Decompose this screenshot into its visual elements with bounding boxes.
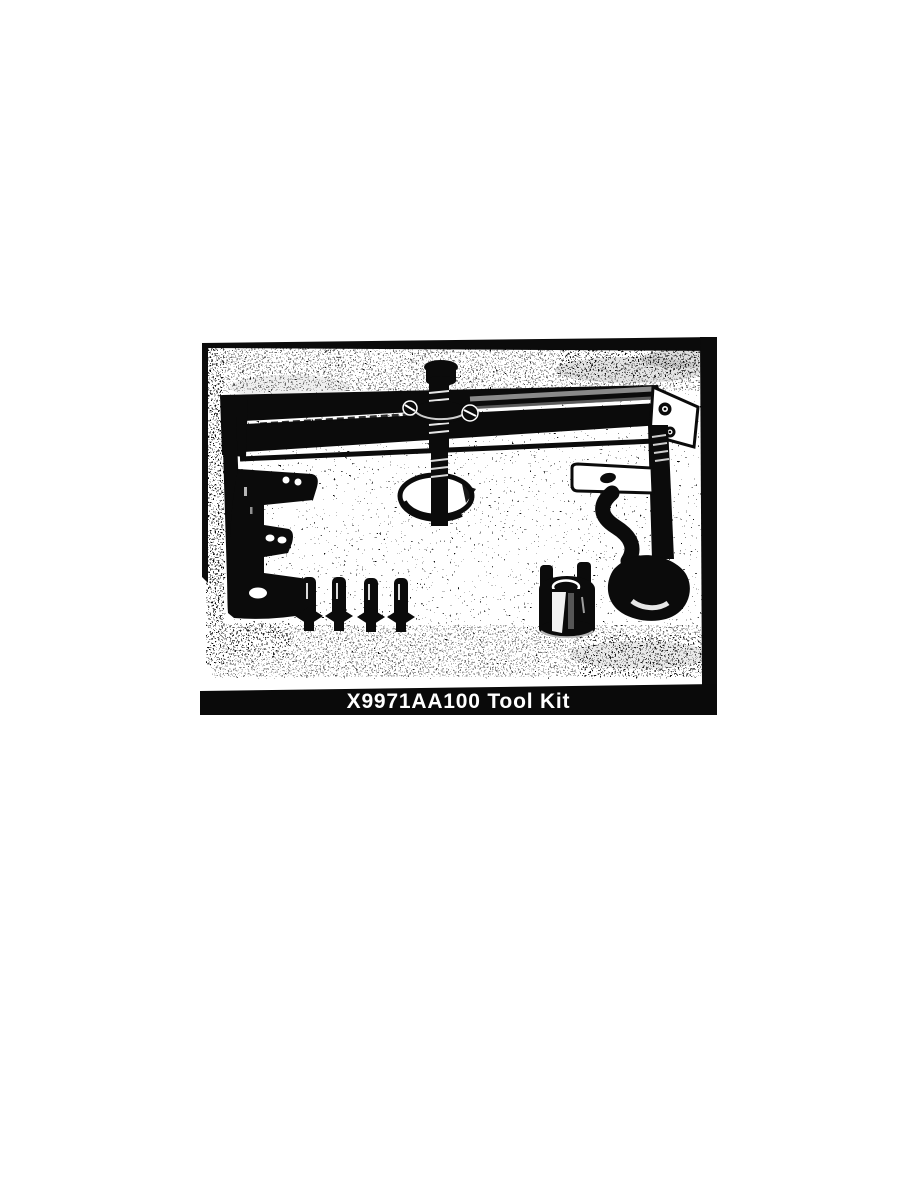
tool-kit-illustration xyxy=(200,337,717,685)
figure-caption-bar: X9971AA100 Tool Kit xyxy=(200,684,717,715)
tool-kit-photo xyxy=(200,337,717,685)
tool-kit-figure: X9971AA100 Tool Kit xyxy=(200,337,717,715)
figure-caption: X9971AA100 Tool Kit xyxy=(347,685,571,714)
document-page: X9971AA100 Tool Kit xyxy=(0,0,918,1188)
